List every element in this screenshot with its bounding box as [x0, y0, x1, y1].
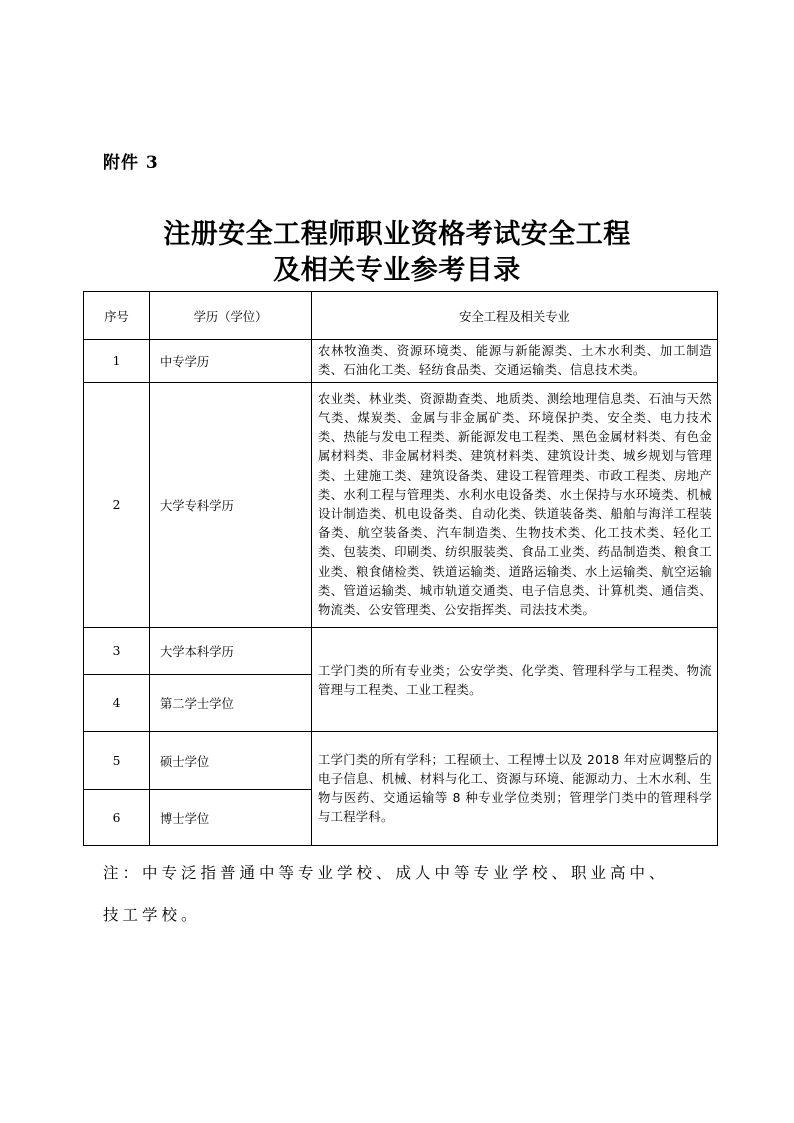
header-no: 序号	[84, 292, 150, 340]
footnote-line-1: 注：中专泛指普通中等专业学校、成人中等专业学校、职业高中、	[103, 861, 669, 883]
row-education: 第二学士学位	[150, 675, 312, 732]
header-majors: 安全工程及相关专业	[312, 292, 718, 340]
table-row: 1 中专学历 农林牧渔类、资源环境类、能源与新能源类、土木水利类、加工制造类、石…	[84, 340, 718, 383]
row-no: 4	[84, 675, 150, 732]
row-no: 5	[84, 732, 150, 790]
row-no: 2	[84, 383, 150, 628]
table-row: 2 大学专科学历 农业类、林业类、资源勘查类、地质类、测绘地理信息类、石油与天然…	[84, 383, 718, 628]
document-title-line-1: 注册安全工程师职业资格考试安全工程	[0, 218, 794, 252]
table-header-row: 序号 学历（学位） 安全工程及相关专业	[84, 292, 718, 340]
merged-majors-rows-5-6: 工学门类的所有学科；工程硕士、工程博士以及 2018 年对应调整后的电子信息、机…	[312, 732, 718, 846]
major-catalog-table: 序号 学历（学位） 安全工程及相关专业 1 中专学历 农林牧渔类、资源环境类、能…	[83, 291, 718, 846]
header-education: 学历（学位）	[150, 292, 312, 340]
row-education: 硕士学位	[150, 732, 312, 790]
merged-majors-rows-3-4: 工学门类的所有专业类；公安学类、化学类、管理科学与工程类、物流管理与工程类、工业…	[312, 628, 718, 732]
document-title-line-2: 及相关专业参考目录	[0, 254, 794, 288]
attachment-label: 附件 3	[103, 148, 159, 173]
row-no: 1	[84, 340, 150, 383]
table-row: 5 硕士学位 工学门类的所有学科；工程硕士、工程博士以及 2018 年对应调整后…	[84, 732, 718, 790]
table-row: 3 大学本科学历 工学门类的所有专业类；公安学类、化学类、管理科学与工程类、物流…	[84, 628, 718, 675]
footnote-line-2: 技工学校。	[103, 903, 201, 925]
row-education: 博士学位	[150, 790, 312, 846]
row-no: 3	[84, 628, 150, 675]
row-majors: 农林牧渔类、资源环境类、能源与新能源类、土木水利类、加工制造类、石油化工类、轻纺…	[312, 340, 718, 383]
row-no: 6	[84, 790, 150, 846]
row-education: 大学专科学历	[150, 383, 312, 628]
row-education: 中专学历	[150, 340, 312, 383]
row-education: 大学本科学历	[150, 628, 312, 675]
row-majors: 农业类、林业类、资源勘查类、地质类、测绘地理信息类、石油与天然气类、煤炭类、金属…	[312, 383, 718, 628]
